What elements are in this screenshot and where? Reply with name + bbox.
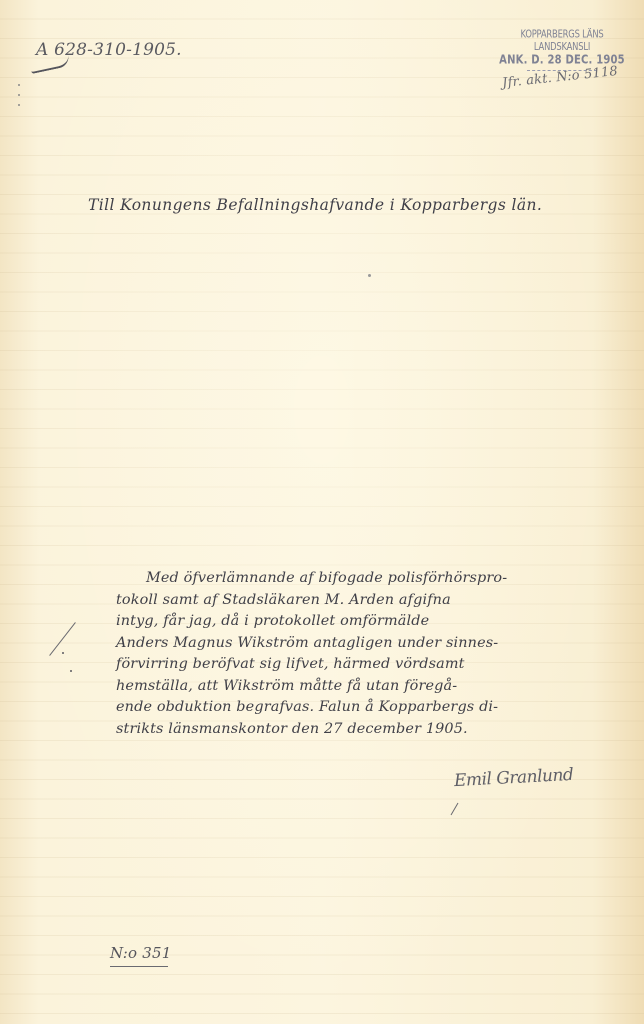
document-number: N:o 351 xyxy=(110,944,171,962)
addressee-line: Till Konungens Befallningshafvande i Kop… xyxy=(88,196,542,214)
paper-speck xyxy=(368,274,371,277)
body-line: förvirring beröfvat sig lifvet, härmed v… xyxy=(116,656,626,678)
stamp-office: KOPPARBERGS LÄNS LANDSKANSLI xyxy=(494,28,630,53)
body-line: strikts länsmanskontor den 27 december 1… xyxy=(116,721,626,743)
document-page: A 628-310-1905. KOPPARBERGS LÄNS LANDSKA… xyxy=(0,0,644,1024)
signature-tick xyxy=(451,803,459,816)
margin-mark xyxy=(49,622,76,656)
signature: Emil Granlund xyxy=(454,765,574,791)
body-line: Anders Magnus Wikström antagligen under … xyxy=(116,635,626,657)
margin-punch-dots xyxy=(18,84,20,114)
document-number-underline xyxy=(110,966,168,967)
margin-mark-dot xyxy=(70,670,72,672)
margin-mark-dot xyxy=(62,652,64,654)
body-line: hemställa, att Wikström måtte få utan fö… xyxy=(116,678,626,700)
body-line: ende obduktion begrafvas. Falun å Koppar… xyxy=(116,699,626,721)
body-line: intyg, får jag, då i protokollet omförmä… xyxy=(116,613,626,635)
letter-body: Med öfverlämnande af bifogade polisförhö… xyxy=(116,570,626,742)
body-line: tokoll samt af Stadsläkaren M. Arden afg… xyxy=(116,592,626,614)
body-line: Med öfverlämnande af bifogade polisförhö… xyxy=(116,570,626,592)
